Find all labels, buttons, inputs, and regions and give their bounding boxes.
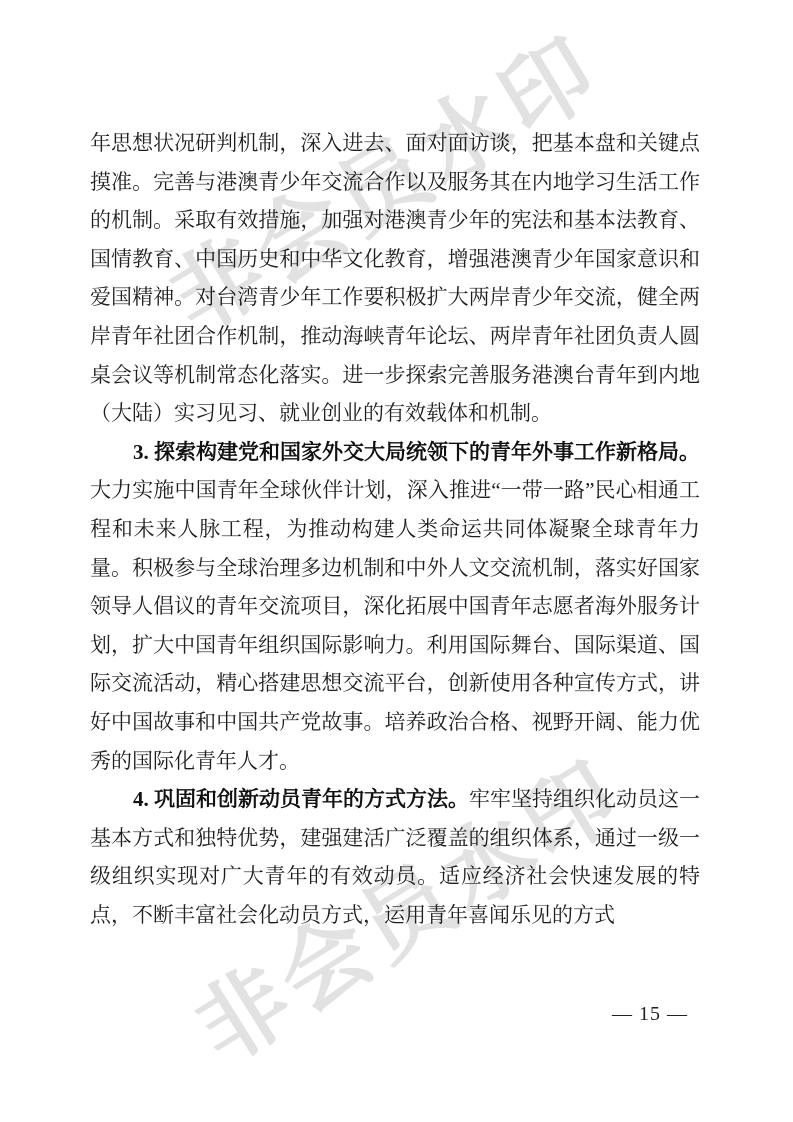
paragraph-4-heading: 4. 巩固和创新动员青年的方式方法。 xyxy=(133,787,469,811)
paragraph-item-4: 4. 巩固和创新动员青年的方式方法。牢牢坚持组织化动员这一基本方式和独特优势，建… xyxy=(90,780,700,934)
document-page: 非会员水印 非会员水印 年思想状况研判机制，深入进去、面对面访谈，把基本盘和关键… xyxy=(0,0,793,1122)
paragraph-3-heading: 3. 探索构建党和国家外交大局统领下的青年外事工作新格局。 xyxy=(133,440,700,464)
page-number: — 15 — xyxy=(600,1003,700,1026)
paragraph-continuation: 年思想状况研判机制，深入进去、面对面访谈，把基本盘和关键点摸准。完善与港澳青少年… xyxy=(90,124,700,433)
paragraph-item-3: 3. 探索构建党和国家外交大局统领下的青年外事工作新格局。大力实施中国青年全球伙… xyxy=(90,433,700,780)
paragraph-3-text: 大力实施中国青年全球伙伴计划，深入推进“一带一路”民心相通工程和未来人脉工程，为… xyxy=(90,478,700,772)
document-body: 年思想状况研判机制，深入进去、面对面访谈，把基本盘和关键点摸准。完善与港澳青少年… xyxy=(90,124,700,934)
paragraph-continuation-text: 年思想状况研判机制，深入进去、面对面访谈，把基本盘和关键点摸准。完善与港澳青少年… xyxy=(90,131,700,425)
